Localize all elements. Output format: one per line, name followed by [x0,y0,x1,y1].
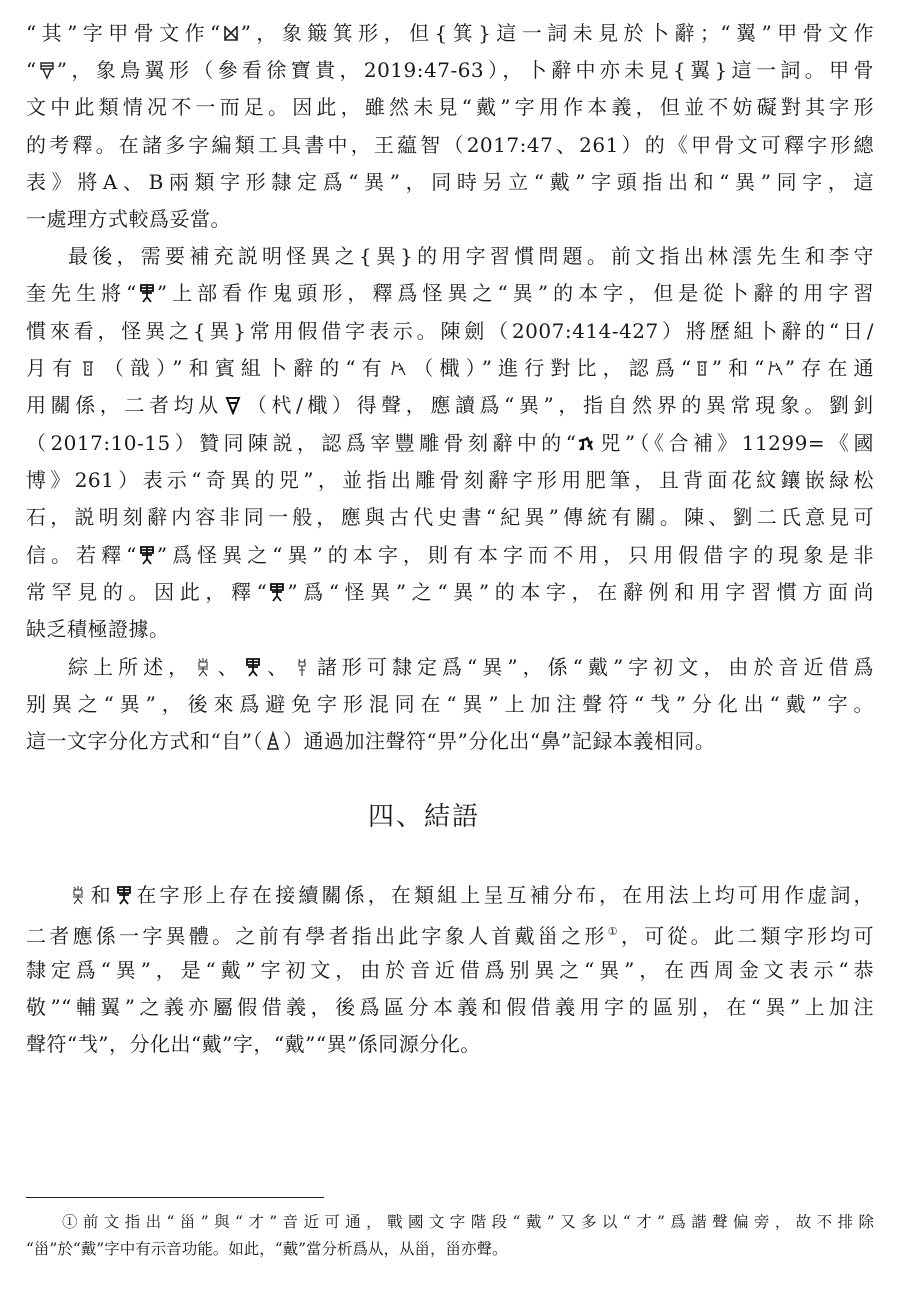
text-line: 聲符“𢦏”，分化出“戴”字，“戴”“異”係同源分化。 [26,1029,874,1059]
text-line: （2017:10-15）贊同陳説，認爲宰豐雕骨刻辭中的“兕”（《合補》11299… [26,428,874,458]
text-fragment: ”和“ [712,356,765,380]
text-line: 一處理方式較爲妥當。 [26,204,874,234]
text-line: 敬”“輔翼”之義亦屬假借義，後爲區分本義和假借義用字的區别，在“異”上加注 [26,992,874,1022]
oracle-carved-yi-glyph-icon [577,433,595,453]
text-fragment: ）通過加注聲符“畀”分化出“鼻”記録本義相同。 [283,729,715,753]
text-line: 博》261）表示“奇異的兕”，並指出雕骨刻辭字形用肥筆，且背面花紋鑲嵌緑松 [26,465,874,495]
text-line: 常罕見的。因此，釋“”爲“怪異”之“異”的本字，在辭例和用字習慣方面尚 [26,577,874,607]
text-line: 月有（戠）”和賓組卜辭的“有（檝）”進行對比，認爲“”和“”存在通 [26,353,874,383]
text-line: 别異之“異”，後來爲避免字形混同在“異”上加注聲符“𢦏”分化出“戴”字。 [26,689,874,719]
text-fragment: （戠）”和賓組卜辭的“有 [98,356,388,380]
text-line: 缺乏積極證據。 [26,614,874,644]
footnote-separator [26,1197,324,1198]
text-line: 這一文字分化方式和“自”（）通過加注聲符“畀”分化出“鼻”記録本義相同。 [26,726,874,756]
oracle-qi-glyph-icon [222,23,240,43]
section-heading: 四、結語 [0,800,848,834]
text-line: “”，象鳥翼形（參看徐寶貴，2019:47-63），卜辭中亦未見{翼}這一詞。甲… [26,55,874,85]
oracle-stake-glyph-icon [224,395,242,415]
oracle-yi-a-glyph-icon [69,885,87,905]
text-fragment: 、 [213,655,243,679]
text-line: 和在字形上存在接續關係，在類組上呈互補分布，在用法上均可用作虚詞， [26,880,874,910]
oracle-yi-a-glyph-icon [194,657,212,677]
text-fragment: 諸形可隸定爲“異”，係“戴”字初文，由於音近借爲 [312,655,874,679]
oracle-zi-nose-glyph-icon [264,731,282,751]
text-line: 用關係，二者均从（杙/檝）得聲，應讀爲“異”，指自然界的異常現象。劉釗 [26,390,874,420]
text-fragment: ”，象簸箕形，但{箕}這一詞未見於卜辭；“翼”甲骨文作 [241,21,874,45]
text-line: 最後，需要補充説明怪異之{異}的用字習慣問題。前文指出林澐先生和李守 [26,241,874,271]
oracle-ghost-yi-glyph-icon [138,283,156,303]
text-fragment: 和 [88,883,114,907]
footnote-reference[interactable]: ① [608,925,621,938]
text-fragment: ”存在通 [785,356,874,380]
text-fragment: ，可從。此二類字形均可 [621,924,874,948]
text-fragment: （杙/檝）得聲，應讀爲“異”，指自然界的異常現象。劉釗 [243,393,874,417]
text-fragment: ”，象鳥翼形（參看徐寶貴，2019:47-63），卜辭中亦未見{翼}這一詞。甲骨 [57,58,874,82]
text-fragment: 用關係，二者均从 [26,393,223,417]
text-line: 石，説明刻辭内容非同一般，應與古代史書“紀異”傳統有關。陳、劉二氏意見可 [26,502,874,532]
text-fragment: 二者應係一字異體。之前有學者指出此字象人首戴甾之形 [26,924,608,948]
text-fragment: 、 [263,655,293,679]
text-line: 慣來看，怪異之{異}常用假借字表示。陳劍（2007:414-427）將歷組卜辭的… [26,316,874,346]
text-fragment: 信。若釋“ [26,543,137,567]
text-fragment: 月有 [26,356,78,380]
oracle-zhi2-glyph-icon [766,358,784,378]
text-fragment: ”上部看作鬼頭形，釋爲怪異之“異”的本字，但是從卜辭的用字習 [157,281,874,305]
text-line: 奎先生將“”上部看作鬼頭形，釋爲怪異之“異”的本字，但是從卜辭的用字習 [26,278,874,308]
text-fragment: “其”字甲骨文作“ [26,21,221,45]
oracle-ghost-yi-glyph-icon [244,657,262,677]
text-fragment: （2017:10-15）贊同陳説，認爲宰豐雕骨刻辭中的“ [26,431,576,455]
text-line: 信。若釋“”爲怪異之“異”的本字，則有本字而不用，只用假借字的現象是非 [26,540,874,570]
text-line: 綜上所述，、、諸形可隸定爲“異”，係“戴”字初文，由於音近借爲 [26,652,874,682]
text-line: 隸定爲“異”，是“戴”字初文，由於音近借爲别異之“異”，在西周金文表示“恭 [26,955,874,985]
text-fragment: ”爲“怪異”之“異”的本字，在辭例和用字習慣方面尚 [287,580,874,604]
text-line: “其”字甲骨文作“”，象簸箕形，但{箕}這一詞未見於卜辭；“翼”甲骨文作 [26,18,874,48]
text-fragment: 這一文字分化方式和“自”（ [26,729,263,753]
text-fragment: 綜上所述， [68,655,193,679]
text-fragment: 在字形上存在接續關係，在類組上呈互補分布，在用法上均可用作虚詞， [134,883,874,907]
text-fragment: 奎先生將“ [26,281,137,305]
text-line: 表》將A、B兩類字形隸定爲“異”，同時另立“戴”字頭指出和“異”同字，這 [26,167,874,197]
text-line: 二者應係一字異體。之前有學者指出此字象人首戴甾之形①，可從。此二類字形均可 [26,917,874,947]
footnote-line: “甾”於“戴”字中有示音功能。如此，“戴”當分析爲从𢍏，从甾，甾亦聲。 [26,1238,874,1260]
oracle-yi-b-glyph-icon [293,657,311,677]
text-fragment: ”爲怪異之“異”的本字，則有本字而不用，只用假借字的現象是非 [157,543,874,567]
oracle-ghost-yi-glyph-icon [138,545,156,565]
oracle-wing-glyph-icon [38,60,56,80]
text-fragment: 常罕見的。因此，釋“ [26,580,267,604]
oracle-ghost-yi-glyph-icon [268,582,286,602]
footnote-line: ①前文指出“甾”與“才”音近可通，戰國文字階段“戴”又多以“才”爲諧聲偏旁，故不… [26,1211,874,1233]
text-fragment: 兕”（《合補》11299=《國 [596,431,874,455]
oracle-zhi2-glyph-icon [389,358,407,378]
text-fragment: （檝）”進行對比，認爲“ [408,356,692,380]
oracle-zhi-glyph-icon [79,358,97,378]
oracle-zhi-glyph-icon [693,358,711,378]
oracle-ghost-yi-glyph-icon [115,885,133,905]
text-line: 的考釋。在諸多字編類工具書中，王藴智（2017:47、261）的《甲骨文可釋字形… [26,130,874,160]
text-fragment: “ [26,58,37,82]
text-line: 文中此類情况不一而足。因此，雖然未見“戴”字用作本義，但並不妨礙對其字形 [26,92,874,122]
